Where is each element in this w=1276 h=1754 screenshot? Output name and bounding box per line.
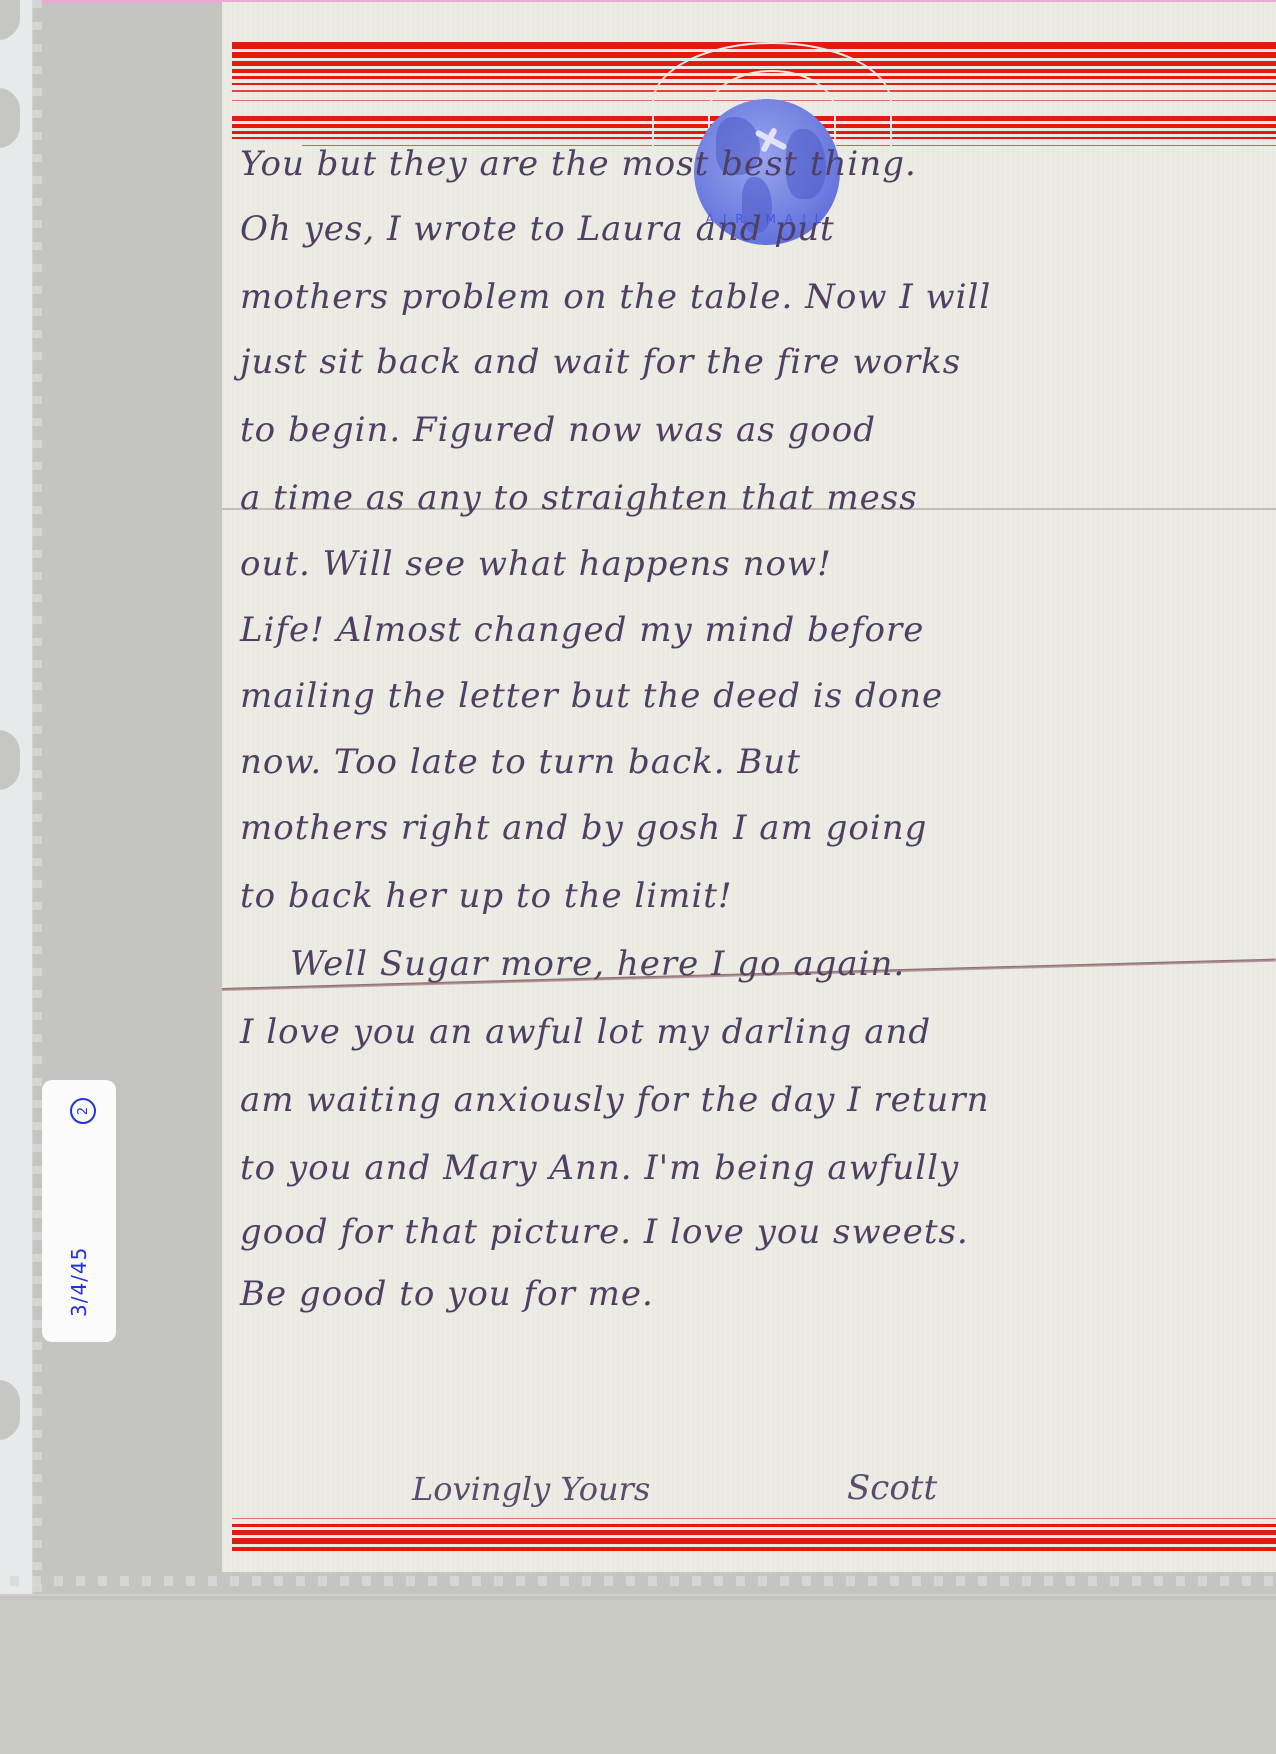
letter-line: good for that picture. I love you sweets…: [240, 1212, 969, 1252]
letter-line: am waiting anxiously for the day I retur…: [240, 1080, 989, 1120]
binder-hole: [0, 730, 20, 790]
bottom-stripe-band: [232, 1518, 1276, 1554]
letter-line: to you and Mary Ann. I'm being awfully: [240, 1148, 959, 1188]
binder-strip: [0, 0, 33, 1594]
letter-sheet: AIR MAIL You but they are the most best …: [222, 2, 1276, 1572]
letter-line: mothers right and by gosh I am going: [240, 808, 927, 848]
letter-line: I love you an awful lot my darling and: [240, 1012, 931, 1052]
letter-line: Be good to you for me.: [240, 1274, 654, 1314]
letter-line: now. Too late to turn back. But: [240, 742, 801, 782]
binder-hole: [0, 1380, 20, 1440]
label-date: 3/4/45: [67, 1247, 91, 1317]
letter-line: You but they are the most best thing.: [240, 144, 917, 184]
archive-label-card: 2 3/4/45: [42, 1080, 116, 1342]
letter-line: to back her up to the limit!: [240, 876, 733, 916]
page-number-badge: 2: [70, 1098, 96, 1124]
letter-line: Well Sugar more, here I go again.: [290, 944, 905, 984]
sleeve-bottom-edge: [0, 1594, 1276, 1596]
letter-line: just sit back and wait for the fire work…: [240, 342, 961, 382]
letter-closing: Lovingly Yours: [412, 1470, 650, 1508]
letter-line: Life! Almost changed my mind before: [240, 610, 924, 650]
letter-line: a time as any to straighten that mess: [240, 478, 918, 518]
sheet-protector: 2 3/4/45 AIR MAIL: [0, 0, 1276, 1600]
letter-line: mothers problem on the table. Now I will: [240, 277, 991, 317]
letter-line: mailing the letter but the deed is done: [240, 676, 943, 716]
letter-line: to begin. Figured now was as good: [240, 410, 876, 450]
binder-hole: [0, 88, 20, 148]
letter-line: Oh yes, I wrote to Laura and put: [240, 209, 835, 249]
letter-signature: Scott: [847, 1468, 937, 1508]
binder-hole: [0, 0, 20, 40]
sleeve-perforation-vertical: [32, 0, 42, 1594]
sleeve-perforation-horizontal: [10, 1576, 1276, 1586]
letter-line: out. Will see what happens now!: [240, 544, 832, 584]
